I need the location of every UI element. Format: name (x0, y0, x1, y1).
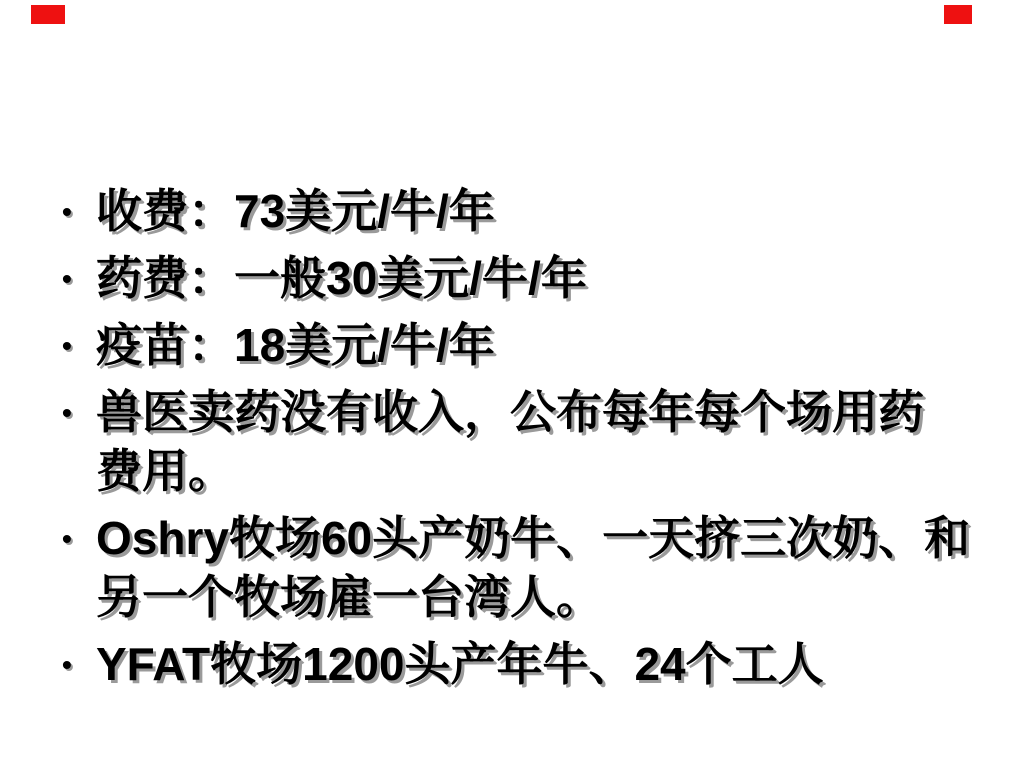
bullet-text-line: 疫苗：18美元/牛/年 (96, 316, 965, 375)
bullet-item: •疫苗：18美元/牛/年 (60, 316, 965, 375)
bullet-text-line: 另一个牧场雇一台湾人。 (96, 568, 965, 627)
bullet-dot: • (62, 316, 92, 375)
bullet-text-line: 兽医卖药没有收入，公布每年每个场用药 (96, 383, 965, 442)
bullet-text-line: 收费：73美元/牛/年 (96, 182, 965, 241)
bullet-text-line: 费用。 (96, 442, 965, 501)
red-marker-right (944, 5, 972, 24)
bullet-item: •Oshry牧场60头产奶牛、一天挤三次奶、和另一个牧场雇一台湾人。 (60, 509, 965, 627)
bullet-dot: • (62, 635, 92, 694)
bullet-dot: • (62, 509, 92, 568)
bullet-dot: • (62, 182, 92, 241)
slide-root: •收费：73美元/牛/年•药费：一般30美元/牛/年•疫苗：18美元/牛/年•兽… (0, 0, 1024, 768)
bullet-text-line: Oshry牧场60头产奶牛、一天挤三次奶、和 (96, 509, 965, 568)
bullet-list: •收费：73美元/牛/年•药费：一般30美元/牛/年•疫苗：18美元/牛/年•兽… (60, 182, 965, 694)
bullet-dot: • (62, 249, 92, 308)
bullet-item: •YFAT牧场1200头产年牛、24个工人 (60, 635, 965, 694)
bullet-text-line: 药费：一般30美元/牛/年 (96, 249, 965, 308)
bullet-dot: • (62, 383, 92, 442)
bullet-item: •药费：一般30美元/牛/年 (60, 249, 965, 308)
bullet-item: •收费：73美元/牛/年 (60, 182, 965, 241)
red-marker-left (31, 5, 65, 24)
slide-body: •收费：73美元/牛/年•药费：一般30美元/牛/年•疫苗：18美元/牛/年•兽… (60, 182, 965, 702)
bullet-text-line: YFAT牧场1200头产年牛、24个工人 (96, 635, 965, 694)
bullet-item: •兽医卖药没有收入，公布每年每个场用药费用。 (60, 383, 965, 501)
